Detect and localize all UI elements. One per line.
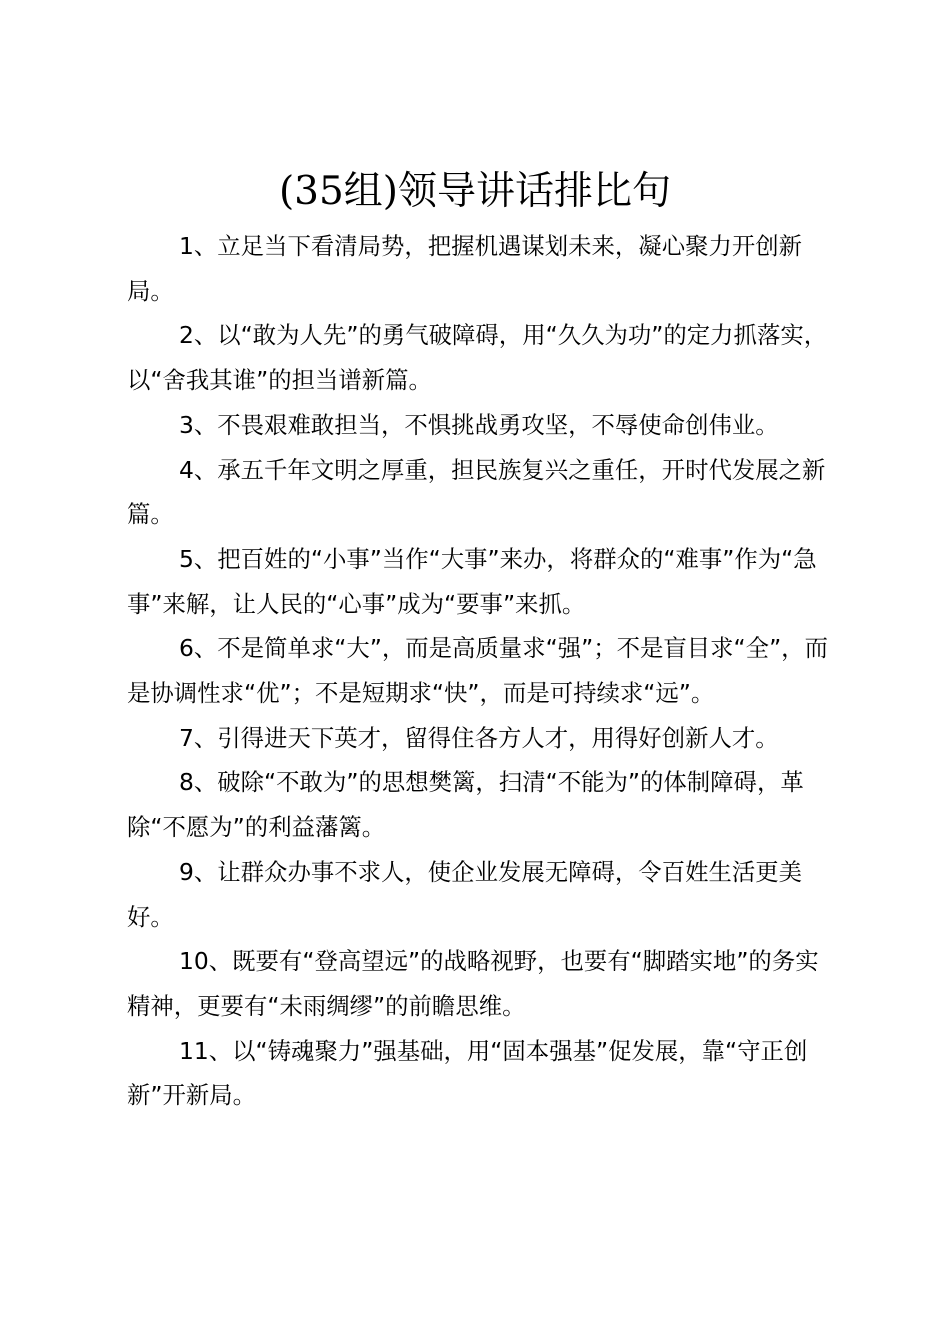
paragraph-7: 7、引得进天下英才，留得住各方人才，用得好创新人才。 xyxy=(127,716,839,761)
paragraph-2: 2、以“敢为人先”的勇气破障碍，用“久久为功”的定力抓落实，以“舍我其谁”的担当… xyxy=(127,313,839,402)
paragraph-11: 11、以“铸魂聚力”强基础，用“固本强基”促发展，靠“守正创新”开新局。 xyxy=(127,1029,839,1118)
document-title: (35组)领导讲话排比句 xyxy=(0,166,950,218)
paragraph-10: 10、既要有“登高望远”的战略视野，也要有“脚踏实地”的务实精神，更要有“未雨绸… xyxy=(127,939,839,1028)
document-body: 1、立足当下看清局势，把握机遇谋划未来，凝心聚力开创新局。 2、以“敢为人先”的… xyxy=(127,224,839,1118)
paragraph-4: 4、承五千年文明之厚重，担民族复兴之重任，开时代发展之新篇。 xyxy=(127,448,839,537)
paragraph-6: 6、不是简单求“大”，而是高质量求“强”；不是盲目求“全”，而是协调性求“优”；… xyxy=(127,626,839,715)
paragraph-3: 3、不畏艰难敢担当，不惧挑战勇攻坚，不辱使命创伟业。 xyxy=(127,403,839,448)
paragraph-8: 8、破除“不敢为”的思想樊篱，扫清“不能为”的体制障碍，革除“不愿为”的利益藩篱… xyxy=(127,760,839,849)
document-page: (35组)领导讲话排比句 1、立足当下看清局势，把握机遇谋划未来，凝心聚力开创新… xyxy=(0,0,950,1344)
paragraph-1: 1、立足当下看清局势，把握机遇谋划未来，凝心聚力开创新局。 xyxy=(127,224,839,313)
paragraph-5: 5、把百姓的“小事”当作“大事”来办，将群众的“难事”作为“急事”来解，让人民的… xyxy=(127,537,839,626)
paragraph-9: 9、让群众办事不求人，使企业发展无障碍，令百姓生活更美好。 xyxy=(127,850,839,939)
